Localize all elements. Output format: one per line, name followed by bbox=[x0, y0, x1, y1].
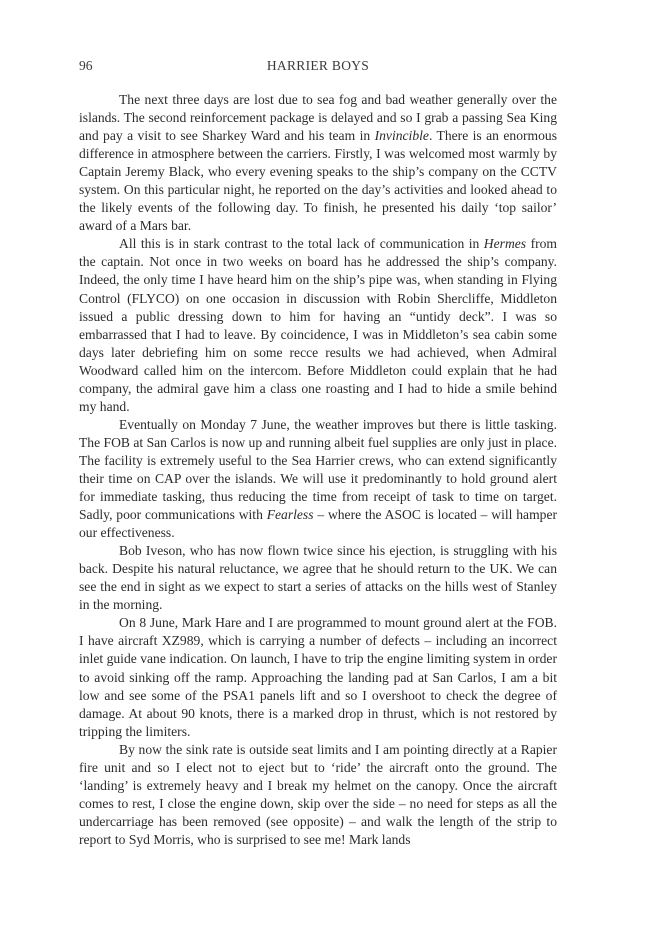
ship-name-invincible: Invincible bbox=[375, 128, 429, 143]
paragraph-3: Eventually on Monday 7 June, the weather… bbox=[79, 416, 557, 542]
paragraph-6: By now the sink rate is outside seat lim… bbox=[79, 741, 557, 849]
paragraph-5: On 8 June, Mark Hare and I are programme… bbox=[79, 614, 557, 740]
paragraph-2: All this is in stark contrast to the tot… bbox=[79, 235, 557, 415]
running-title: HARRIER BOYS bbox=[79, 56, 557, 76]
ship-name-hermes: Hermes bbox=[484, 236, 526, 251]
body-text: The next three days are lost due to sea … bbox=[79, 91, 557, 849]
paragraph-4: Bob Iveson, who has now flown twice sinc… bbox=[79, 542, 557, 614]
ship-name-fearless: Fearless bbox=[267, 507, 314, 522]
book-page: 96 HARRIER BOYS The next three days are … bbox=[79, 56, 557, 849]
running-head: 96 HARRIER BOYS bbox=[79, 56, 557, 76]
paragraph-1: The next three days are lost due to sea … bbox=[79, 91, 557, 235]
